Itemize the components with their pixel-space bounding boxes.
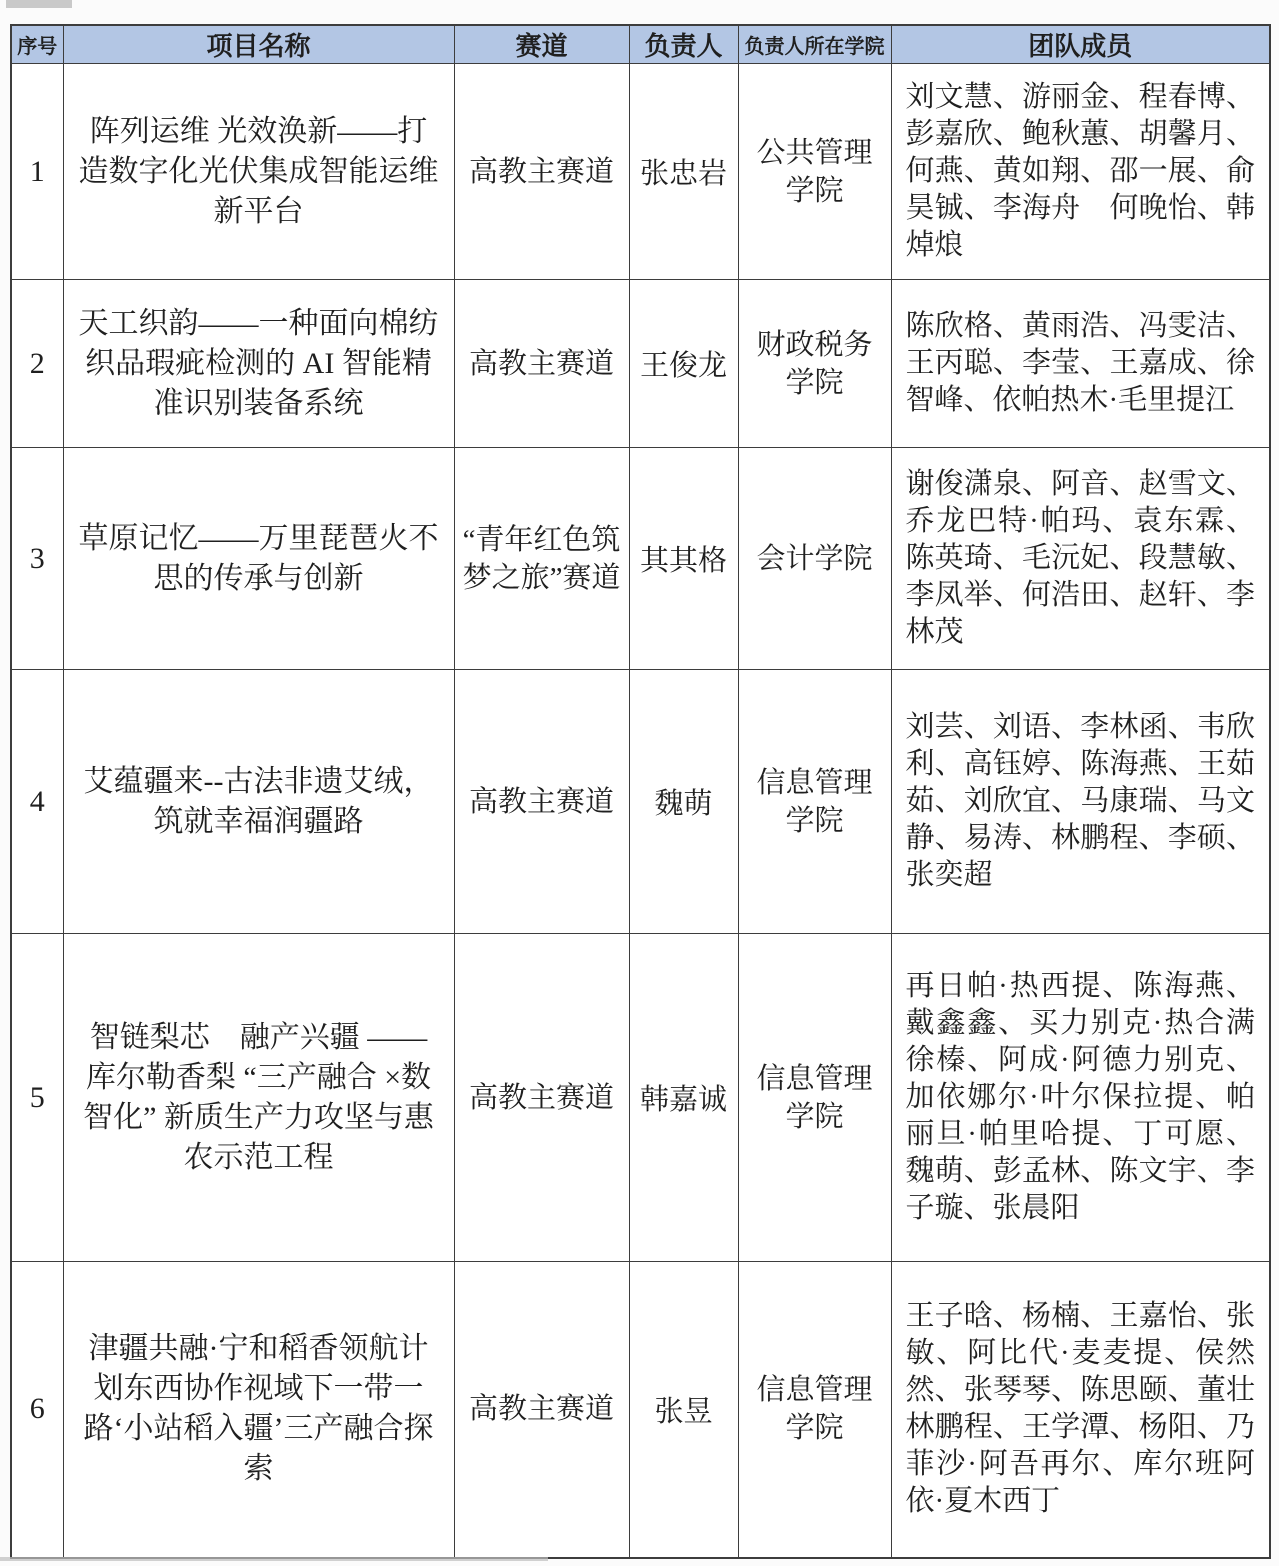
table-row-2: 2 天工织韵——一种面向棉纺织品瑕疵检测的 AI 智能精准识别装备系统 高教主赛… — [11, 280, 1270, 448]
track-cell: 高教主赛道 — [454, 280, 629, 448]
table-row-1: 1 阵列运维 光效涣新——打造数字化光伏集成智能运维新平台 高教主赛道 张忠岩 … — [11, 64, 1270, 280]
header-leader: 负责人 — [629, 25, 738, 64]
header-track: 赛道 — [454, 25, 629, 64]
members-cell: 谢俊潇泉、阿音、赵雪文、乔龙巴特·帕玛、袁东霖、陈英琦、毛沅妃、段慧敏、李凤举、… — [891, 448, 1270, 670]
header-seq: 序号 — [11, 25, 63, 64]
header-project: 项目名称 — [63, 25, 454, 64]
track-cell: “青年红色筑梦之旅”赛道 — [454, 448, 629, 670]
leader-cell: 韩嘉诚 — [629, 934, 738, 1262]
members-cell: 陈欣格、黄雨浩、冯雯洁、王丙聪、李莹、王嘉成、徐智峰、依帕热木·毛里提江 — [891, 280, 1270, 448]
seq-cell: 4 — [11, 670, 63, 934]
seq-cell: 1 — [11, 64, 63, 280]
seq-cell: 3 — [11, 448, 63, 670]
projects-table: 序号 项目名称 赛道 负责人 负责人所在学院 团队成员 1 阵列运维 光效涣新—… — [10, 24, 1271, 1559]
table-row-3: 3 草原记忆——万里琵琶火不思的传承与创新 “青年红色筑梦之旅”赛道 其其格 会… — [11, 448, 1270, 670]
project-cell: 津疆共融·宁和稻香领航计划东西协作视域下一带一路‘小站稻入疆’三产融合探索 — [63, 1262, 454, 1558]
bottom-edge-artifact — [0, 1557, 548, 1561]
seq-cell: 6 — [11, 1262, 63, 1558]
college-cell: 公共管理学院 — [738, 64, 891, 280]
college-cell: 信息管理学院 — [738, 670, 891, 934]
project-cell: 天工织韵——一种面向棉纺织品瑕疵检测的 AI 智能精准识别装备系统 — [63, 280, 454, 448]
header-college: 负责人所在学院 — [738, 25, 891, 64]
track-cell: 高教主赛道 — [454, 934, 629, 1262]
table-row-6: 6 津疆共融·宁和稻香领航计划东西协作视域下一带一路‘小站稻入疆’三产融合探索 … — [11, 1262, 1270, 1558]
project-cell: 艾蕴疆来--古法非遗艾绒，筑就幸福润疆路 — [63, 670, 454, 934]
top-edge-artifact — [6, 0, 72, 8]
college-cell: 信息管理学院 — [738, 1262, 891, 1558]
members-cell: 再日帕·热西提、陈海燕、戴鑫鑫、买力别克·热合满徐榛、阿成·阿德力别克、加依娜尔… — [891, 934, 1270, 1262]
track-cell: 高教主赛道 — [454, 670, 629, 934]
leader-cell: 张忠岩 — [629, 64, 738, 280]
members-cell: 刘文慧、游丽金、程春博、彭嘉欣、鲍秋蕙、胡馨月、何燕、黄如翔、邵一展、俞昊铖、李… — [891, 64, 1270, 280]
college-cell: 信息管理学院 — [738, 934, 891, 1262]
college-cell: 会计学院 — [738, 448, 891, 670]
leader-cell: 魏萌 — [629, 670, 738, 934]
track-cell: 高教主赛道 — [454, 64, 629, 280]
project-cell: 阵列运维 光效涣新——打造数字化光伏集成智能运维新平台 — [63, 64, 454, 280]
leader-cell: 张昱 — [629, 1262, 738, 1558]
header-row: 序号 项目名称 赛道 负责人 负责人所在学院 团队成员 — [11, 25, 1270, 64]
members-cell: 刘芸、刘语、李林函、韦欣利、高钰婷、陈海燕、王茹茹、刘欣宜、马康瑞、马文静、易涛… — [891, 670, 1270, 934]
header-members: 团队成员 — [891, 25, 1270, 64]
members-cell: 王子晗、杨楠、王嘉怡、张敏、阿比代·麦麦提、侯然然、张琴琴、陈思颐、董壮林鹏程、… — [891, 1262, 1270, 1558]
table-row-4: 4 艾蕴疆来--古法非遗艾绒，筑就幸福润疆路 高教主赛道 魏萌 信息管理学院 刘… — [11, 670, 1270, 934]
seq-cell: 5 — [11, 934, 63, 1262]
college-cell: 财政税务学院 — [738, 280, 891, 448]
project-cell: 草原记忆——万里琵琶火不思的传承与创新 — [63, 448, 454, 670]
leader-cell: 其其格 — [629, 448, 738, 670]
track-cell: 高教主赛道 — [454, 1262, 629, 1558]
leader-cell: 王俊龙 — [629, 280, 738, 448]
page: 序号 项目名称 赛道 负责人 负责人所在学院 团队成员 1 阵列运维 光效涣新—… — [0, 0, 1279, 1566]
project-cell: 智链梨芯 融产兴疆 ——库尔勒香梨 “三产融合 ×数智化” 新质生产力攻坚与惠农… — [63, 934, 454, 1262]
seq-cell: 2 — [11, 280, 63, 448]
table-row-5: 5 智链梨芯 融产兴疆 ——库尔勒香梨 “三产融合 ×数智化” 新质生产力攻坚与… — [11, 934, 1270, 1262]
